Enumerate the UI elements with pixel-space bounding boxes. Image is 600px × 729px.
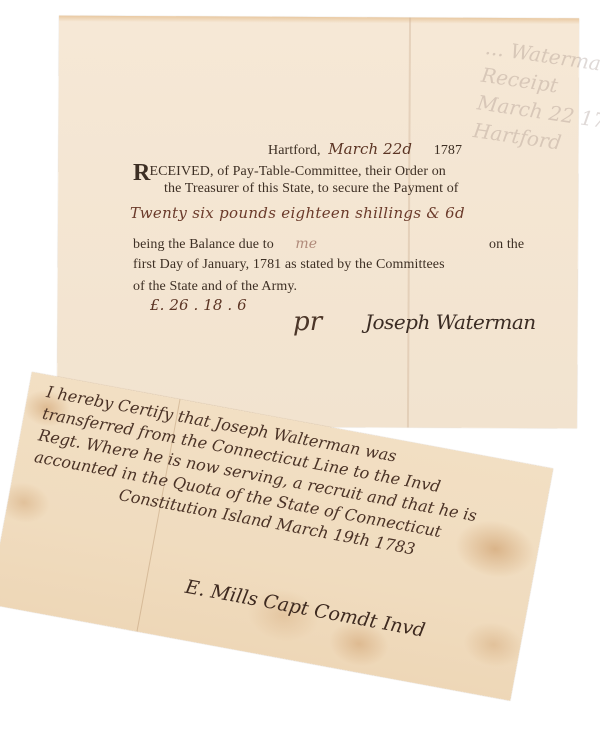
handwritten-payee: me bbox=[277, 236, 485, 252]
receipt-text: on the bbox=[489, 237, 524, 252]
pay-table-receipt: ... Waterman Receipt March 22 1787 Hartf… bbox=[57, 16, 579, 429]
receipt-line-2: the Treasurer of this State, to secure t… bbox=[164, 181, 459, 197]
place-name: Hartford, bbox=[268, 143, 321, 158]
paper-fold-line bbox=[407, 17, 411, 427]
receipt-text: ECEIVED, of Pay-Table-Committee, their O… bbox=[149, 164, 445, 179]
signature-e-mills: E. Mills Capt Comdt Invd bbox=[183, 576, 427, 642]
handwritten-amount-numeric: £. 26 . 18 . 6 bbox=[150, 296, 247, 314]
signature-per-mark: pr bbox=[293, 307, 322, 337]
printed-year: 1787 bbox=[434, 143, 462, 158]
receipt-text: being the Balance due to bbox=[133, 237, 274, 252]
receipt-line-6: of the State and of the Army. bbox=[133, 279, 297, 295]
drop-cap: R bbox=[133, 160, 150, 186]
receipt-dateline: Hartford, March 22d 1787 bbox=[268, 140, 462, 159]
bleed-through-text: ... Waterman Receipt March 22 1787 Hartf… bbox=[471, 33, 600, 165]
handwritten-amount-words: Twenty six pounds eighteen shillings & 6… bbox=[130, 204, 465, 222]
handwritten-date: March 22d bbox=[328, 140, 412, 158]
receipt-line-5: first Day of January, 1781 as stated by … bbox=[133, 257, 445, 273]
receipt-line-4: being the Balance due to me on the bbox=[133, 236, 524, 253]
signature-joseph-waterman: Joseph Waterman bbox=[365, 310, 536, 334]
